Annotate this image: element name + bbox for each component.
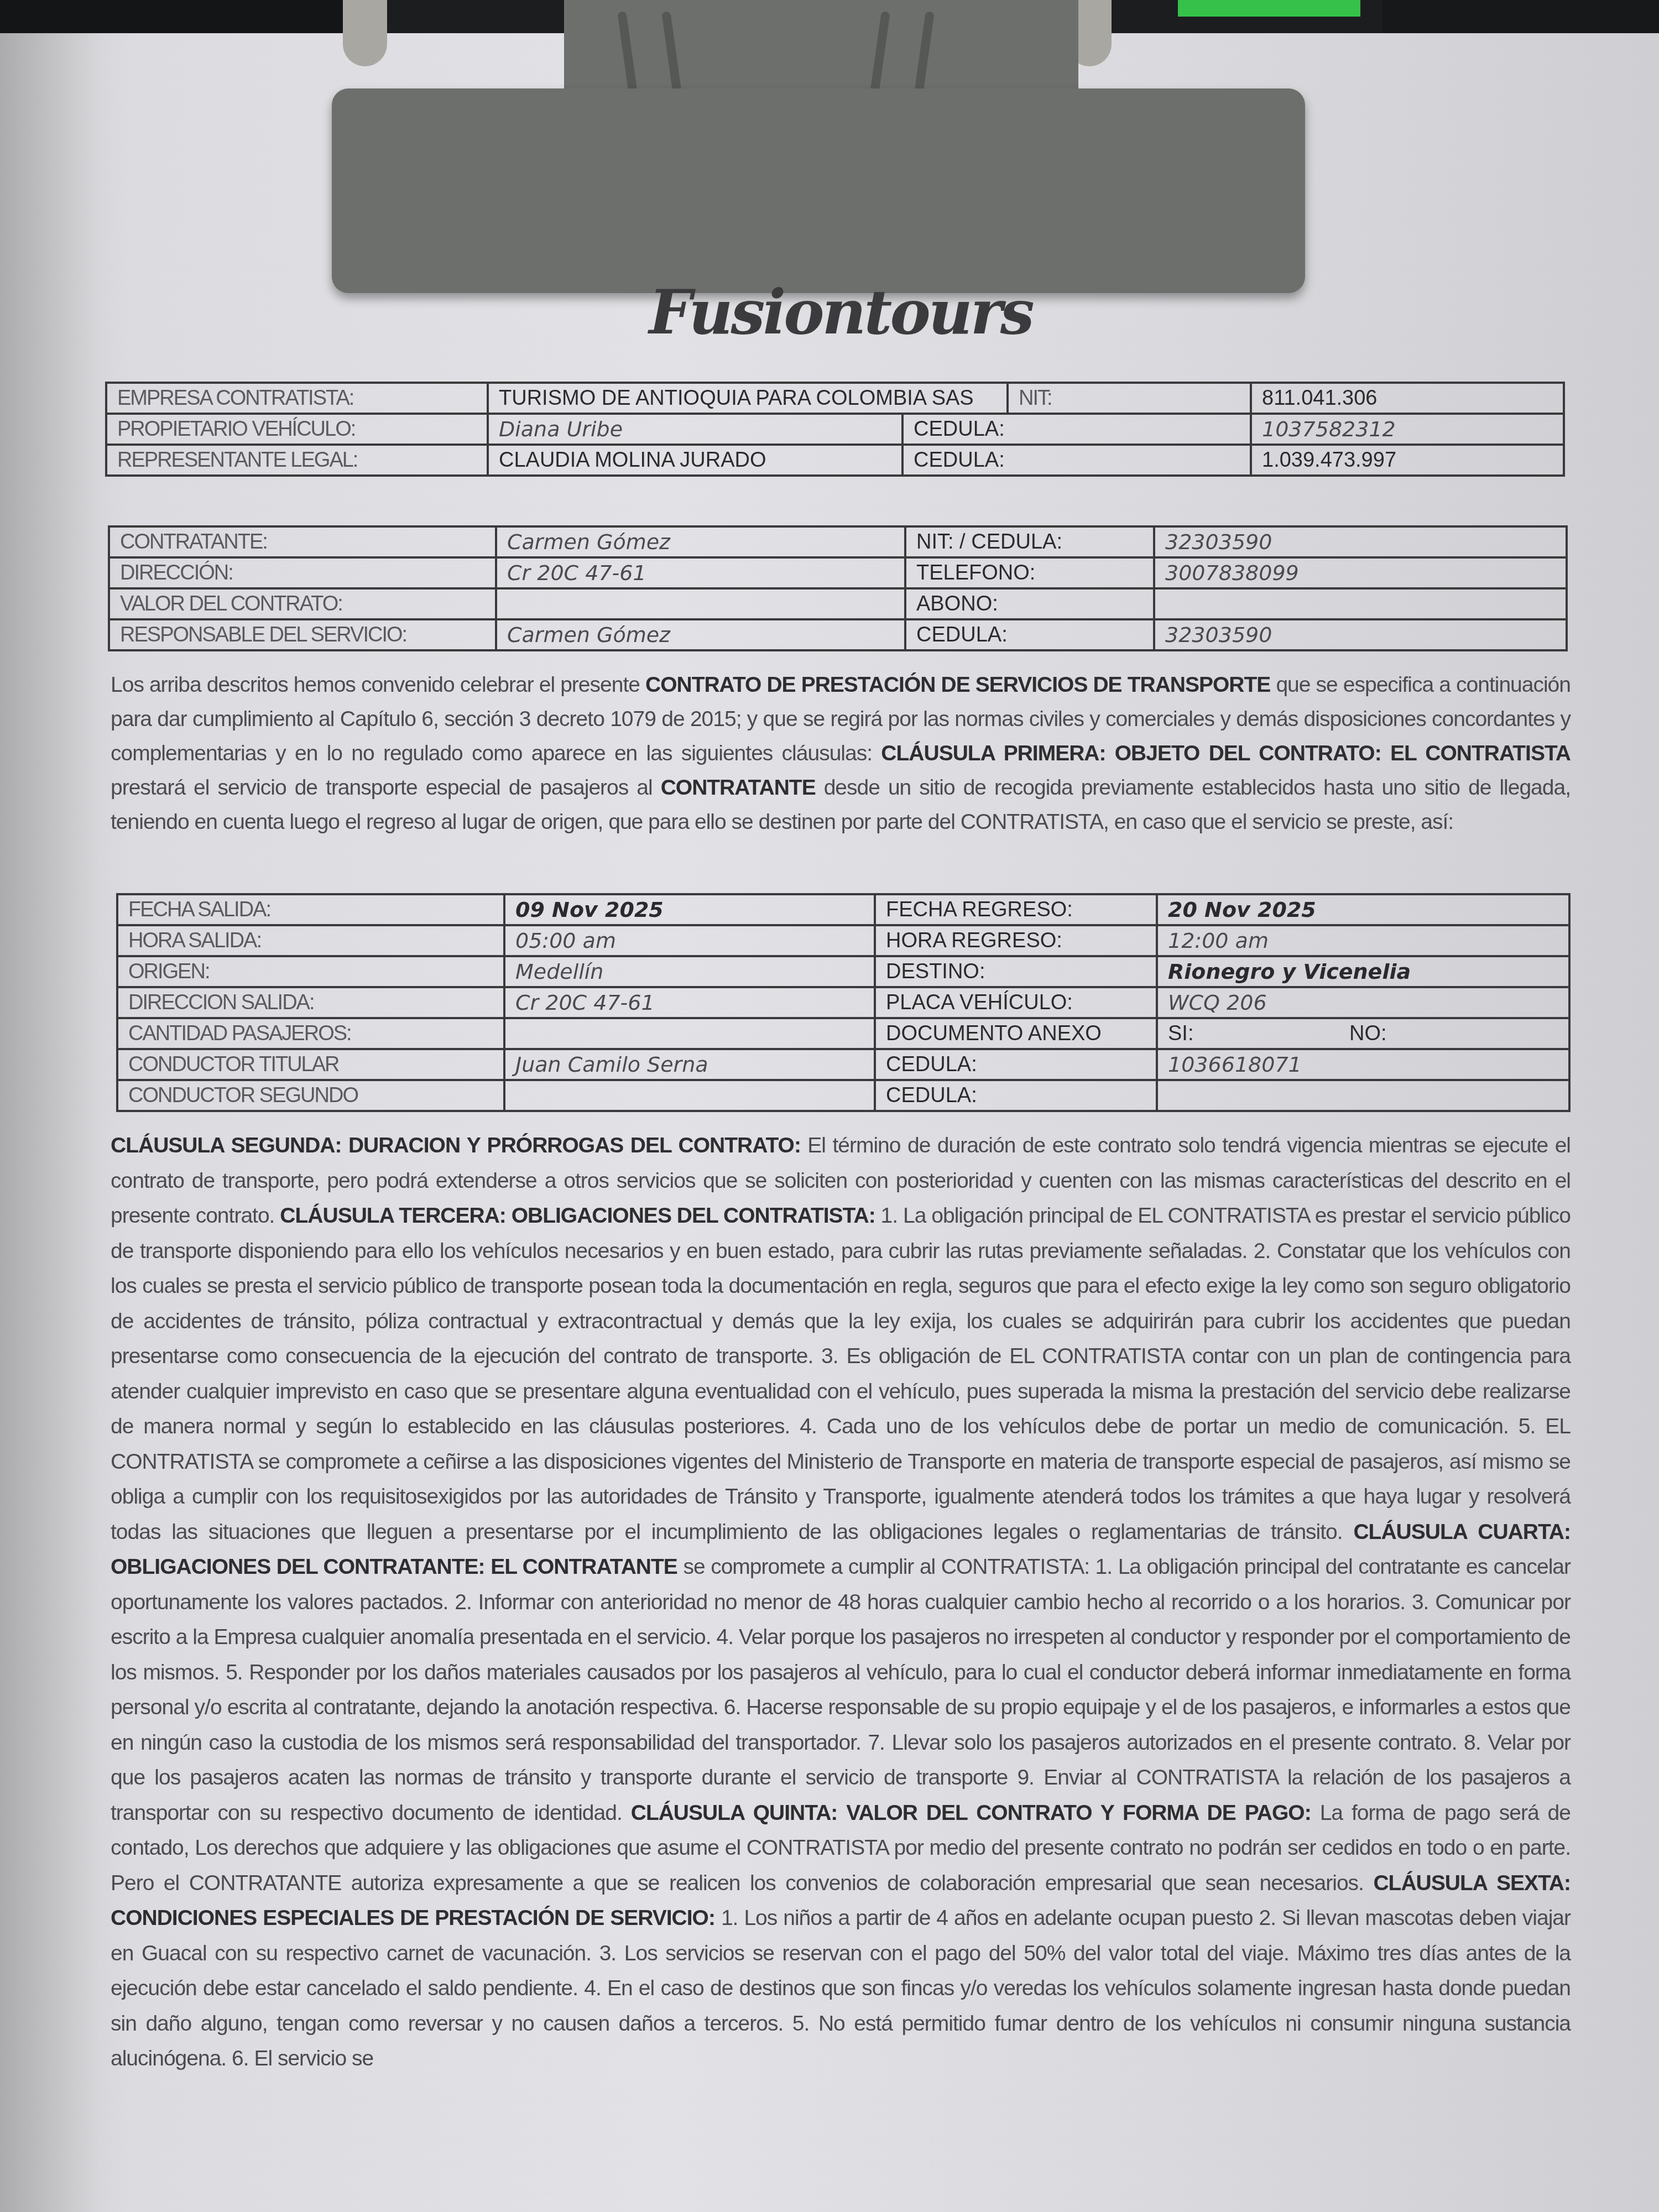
intro-paragraph: Los arriba descritos hemos convenido cel… [111,668,1571,839]
table-row: DIRECCIÓN: Cr 20C 47-61 TELEFONO: 300783… [109,557,1567,588]
value-propietario: Diana Uribe [488,414,902,445]
label-hora-salida: HORA SALIDA: [117,925,504,956]
label-cedula-propietario: CEDULA: [902,414,1251,445]
table-row: FECHA SALIDA: 09 Nov 2025 FECHA REGRESO:… [117,894,1569,925]
label-fecha-regreso: FECHA REGRESO: [875,894,1157,925]
label-nit: NIT: [1008,383,1251,414]
label-fecha-salida: FECHA SALIDA: [117,894,504,925]
label-responsable: RESPONSABLE DEL SERVICIO: [109,619,496,650]
table-row: CONDUCTOR TITULAR Juan Camilo Serna CEDU… [117,1049,1569,1080]
label-documento-anexo: DOCUMENTO ANEXO [875,1018,1157,1049]
value-representante: CLAUDIA MOLINA JURADO [488,445,902,476]
label-cantidad-pasajeros: CANTIDAD PASAJEROS: [117,1018,504,1049]
label-representante: REPRESENTANTE LEGAL: [106,445,488,476]
clause-first-heading: CLÁUSULA PRIMERA: OBJETO DEL CONTRATO: E… [881,742,1571,765]
label-contratante: CONTRATANTE: [109,526,496,557]
table-row: VALOR DEL CONTRATO: ABONO: [109,588,1567,619]
label-nit-cedula: NIT: / CEDULA: [905,526,1154,557]
value-cantidad-pasajeros [504,1018,875,1049]
value-cedula-propietario: 1037582312 [1251,414,1564,445]
value-valor-contrato [496,588,905,619]
table-row: CANTIDAD PASAJEROS: DOCUMENTO ANEXO SI: … [117,1018,1569,1049]
company-table: EMPRESA CONTRATISTA: TURISMO DE ANTIOQUI… [105,382,1565,477]
value-fecha-salida: 09 Nov 2025 [504,894,875,925]
label-origen: ORIGEN: [117,956,504,987]
table-row: CONTRATANTE: Carmen Gómez NIT: / CEDULA:… [109,526,1567,557]
value-conductor-segundo [504,1080,875,1111]
table-row: PROPIETARIO VEHÍCULO: Diana Uribe CEDULA… [106,414,1564,445]
value-abono [1154,588,1567,619]
label-cedula-responsable: CEDULA: [905,619,1154,650]
label-telefono: TELEFONO: [905,557,1154,588]
label-cedula-representante: CEDULA: [902,445,1251,476]
clause-third-heading: CLÁUSULA TERCERA: OBLIGACIONES DEL CONTR… [280,1204,875,1228]
label-cedula-segundo: CEDULA: [875,1080,1157,1111]
value-hora-regreso: 12:00 am [1157,925,1569,956]
label-valor-contrato: VALOR DEL CONTRATO: [109,588,496,619]
value-fecha-regreso: 20 Nov 2025 [1157,894,1569,925]
value-origen: Medellín [504,956,875,987]
table-row: RESPONSABLE DEL SERVICIO: Carmen Gómez C… [109,619,1567,650]
clipboard-clip [332,88,1305,293]
value-cedula-responsable: 32303590 [1154,619,1567,650]
value-nit-cedula: 32303590 [1154,526,1567,557]
intro-bold-title: CONTRATO DE PRESTACIÓN DE SERVICIOS DE T… [645,673,1270,697]
trip-table: FECHA SALIDA: 09 Nov 2025 FECHA REGRESO:… [116,893,1571,1112]
value-conductor-titular: Juan Camilo Serna [504,1049,875,1080]
clause-second-heading: CLÁUSULA SEGUNDA: DURACION Y PRÓRROGAS D… [111,1134,801,1157]
value-cedula-segundo [1157,1080,1569,1111]
table-row: ORIGEN: Medellín DESTINO: Rionegro y Vic… [117,956,1569,987]
label-placa-vehiculo: PLACA VEHÍCULO: [875,987,1157,1018]
value-hora-salida: 05:00 am [504,925,875,956]
label-hora-regreso: HORA REGRESO: [875,925,1157,956]
label-direccion-salida: DIRECCION SALIDA: [117,987,504,1018]
clip-ring-left [343,0,387,66]
clause-fifth-heading: CLÁUSULA QUINTA: VALOR DEL CONTRATO Y FO… [631,1801,1311,1825]
intro-text-3: prestará el servicio de transporte espec… [111,776,661,800]
value-telefono: 3007838099 [1154,557,1567,588]
value-cedula-conductor: 1036618071 [1157,1049,1569,1080]
value-placa-vehiculo: WCQ 206 [1157,987,1569,1018]
client-table: CONTRATANTE: Carmen Gómez NIT: / CEDULA:… [108,525,1568,651]
clause-third-text: 1. La obligación principal de EL CONTRAT… [111,1204,1571,1544]
green-tag [1178,0,1360,17]
label-empresa: EMPRESA CONTRATISTA: [106,383,488,414]
label-conductor-titular: CONDUCTOR TITULAR [117,1049,504,1080]
label-propietario: PROPIETARIO VEHÍCULO: [106,414,488,445]
clause-fourth-text: se compromete a cumplir al CONTRATISTA: … [111,1555,1571,1825]
value-cedula-representante: 1.039.473.997 [1251,445,1564,476]
value-nit: 811.041.306 [1251,383,1564,414]
label-direccion: DIRECCIÓN: [109,557,496,588]
table-row: REPRESENTANTE LEGAL: CLAUDIA MOLINA JURA… [106,445,1564,476]
table-row: HORA SALIDA: 05:00 am HORA REGRESO: 12:0… [117,925,1569,956]
table-row: CONDUCTOR SEGUNDO CEDULA: [117,1080,1569,1111]
label-conductor-segundo: CONDUCTOR SEGUNDO [117,1080,504,1111]
value-direccion: Cr 20C 47-61 [496,557,905,588]
option-no: NO: [1339,1018,1569,1049]
intro-text-1: Los arriba descritos hemos convenido cel… [111,673,645,697]
value-contratante: Carmen Gómez [496,526,905,557]
value-destino: Rionegro y Vicenelia [1157,956,1569,987]
label-abono: ABONO: [905,588,1154,619]
option-si: SI: [1157,1018,1339,1049]
table-row: EMPRESA CONTRATISTA: TURISMO DE ANTIOQUI… [106,383,1564,414]
label-cedula-conductor: CEDULA: [875,1049,1157,1080]
value-empresa: TURISMO DE ANTIOQUIA PARA COLOMBIA SAS [488,383,1008,414]
label-destino: DESTINO: [875,956,1157,987]
clauses-body: CLÁUSULA SEGUNDA: DURACION Y PRÓRROGAS D… [111,1128,1571,2077]
company-logo: Fusiontours [575,276,1106,348]
clause-sixth-text: 1. Los niños a partir de 4 años en adela… [111,1906,1571,2070]
table-row: DIRECCION SALIDA: Cr 20C 47-61 PLACA VEH… [117,987,1569,1018]
value-responsable: Carmen Gómez [496,619,905,650]
intro-bold-contratante: CONTRATANTE [661,776,816,800]
paper-shadow [0,33,100,2212]
value-direccion-salida: Cr 20C 47-61 [504,987,875,1018]
